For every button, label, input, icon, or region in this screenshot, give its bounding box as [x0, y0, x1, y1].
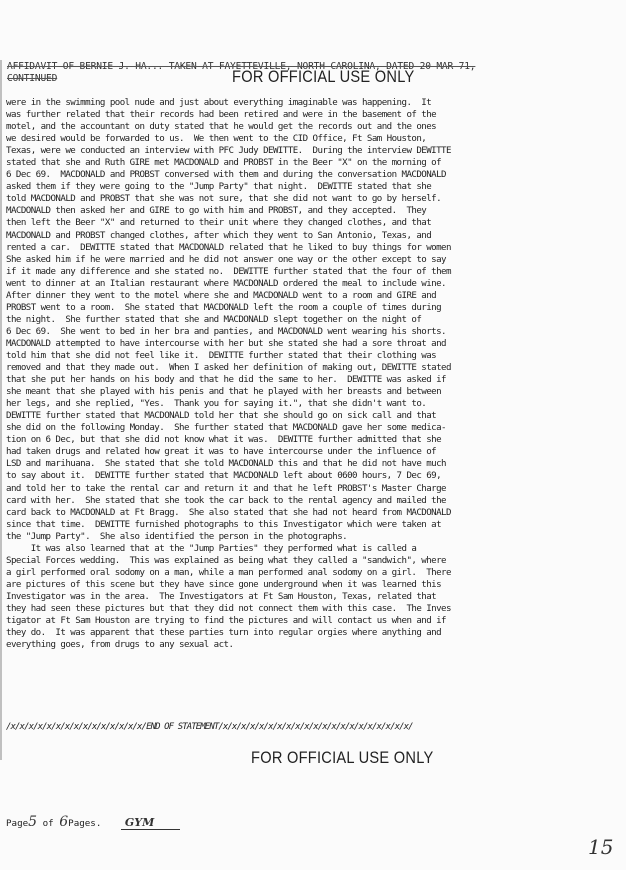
classification-stamp-bottom: FOR OFFICIAL USE ONLY [251, 748, 434, 768]
statement-line: Investigator was in the area. The Invest… [6, 591, 622, 603]
statement-line: 6 Dec 69. MACDONALD and PROBST conversed… [6, 169, 622, 181]
page-label: Page [6, 818, 28, 829]
statement-line: It was also learned that at the "Jump Pa… [6, 543, 622, 555]
statement-line: MACDONALD attempted to have intercourse … [6, 338, 622, 350]
statement-line: asked them if they were going to the "Ju… [6, 181, 622, 193]
statement-line: MACDONALD then asked her and GIRE to go … [6, 205, 622, 217]
page-of-label: of [43, 818, 54, 829]
statement-line: told MACDONALD and PROBST that she was n… [6, 193, 622, 205]
statement-line: her legs, and she replied, "Yes. Thank y… [6, 398, 622, 410]
page-current: 5 [28, 814, 37, 830]
statement-line: stated that she and Ruth GIRE met MACDON… [6, 157, 622, 169]
statement-line: we desired would be forwarded to us. We … [6, 133, 622, 145]
statement-line: they do. It was apparent that these part… [6, 627, 622, 639]
statement-body: were in the swimming pool nude and just … [6, 97, 622, 651]
statement-line: they had seen these pictures but that th… [6, 603, 622, 615]
statement-line: card back to MACDONALD at Ft Bragg. She … [6, 507, 622, 519]
statement-line: everything goes, from drugs to any sexua… [6, 639, 622, 651]
page-footer: Page5 of 6Pages. GYM [6, 814, 180, 830]
statement-line: Texas, were we conducted an interview wi… [6, 145, 622, 157]
statement-line: DEWITTE further stated that MACDONALD to… [6, 410, 622, 422]
statement-line: are pictures of this scene but they have… [6, 579, 622, 591]
header-continued: CONTINUED [7, 73, 57, 84]
statement-line: she meant that she played with his penis… [6, 386, 622, 398]
statement-line: a girl performed oral sodomy on a man, w… [6, 567, 622, 579]
pages-label: Pages. [68, 818, 101, 829]
statement-line: rented a car. DEWITTE stated that MACDON… [6, 242, 622, 254]
initials-signature: GYM [121, 816, 180, 830]
statement-line: card with her. She stated that she took … [6, 495, 622, 507]
scan-edge [0, 60, 2, 760]
document-page: AFFIDAVIT OF BERNIE J. HA... TAKEN AT FA… [0, 0, 626, 870]
statement-line: tigator at Ft Sam Houston are trying to … [6, 615, 622, 627]
statement-line: she did on the following Monday. She fur… [6, 422, 622, 434]
classification-stamp-top: FOR OFFICIAL USE ONLY [232, 67, 415, 87]
statement-line: the "Jump Party". She also identified th… [6, 531, 622, 543]
statement-line: to say about it. DEWITTE further stated … [6, 470, 622, 482]
handwritten-page-number: 15 [588, 835, 613, 859]
page-total: 6 [59, 814, 68, 830]
statement-line: had taken drugs and related how great it… [6, 446, 622, 458]
statement-line: if it made any difference and she stated… [6, 266, 622, 278]
statement-line: She asked him if he were married and he … [6, 254, 622, 266]
end-of-statement-marker: /x/x/x/x/x/x/x/x/x/x/x/x/x/x/x/END OF ST… [6, 722, 413, 732]
statement-line: the night. She further stated that she a… [6, 314, 622, 326]
statement-line: since that time. DEWITTE furnished photo… [6, 519, 622, 531]
statement-line: went to dinner at an Italian restaurant … [6, 278, 622, 290]
statement-line: MACDONALD and PROBST changed clothes, af… [6, 230, 622, 242]
statement-line: told him that she did not feel like it. … [6, 350, 622, 362]
statement-line: then left the Beer "X" and returned to t… [6, 217, 622, 229]
statement-line: motel, and the accountant on duty stated… [6, 121, 622, 133]
statement-line: Special Forces wedding. This was explain… [6, 555, 622, 567]
statement-line: was further related that their records h… [6, 109, 622, 121]
statement-line: LSD and marihuana. She stated that she t… [6, 458, 622, 470]
statement-line: PROBST went to a room. She stated that M… [6, 302, 622, 314]
statement-line: were in the swimming pool nude and just … [6, 97, 622, 109]
statement-line: 6 Dec 69. She went to bed in her bra and… [6, 326, 622, 338]
statement-line: After dinner they went to the motel wher… [6, 290, 622, 302]
statement-line: and told her to take the rental car and … [6, 483, 622, 495]
statement-line: that she put her hands on his body and t… [6, 374, 622, 386]
statement-line: tion on 6 Dec, but that she did not know… [6, 434, 622, 446]
statement-line: removed and that they made out. When I a… [6, 362, 622, 374]
